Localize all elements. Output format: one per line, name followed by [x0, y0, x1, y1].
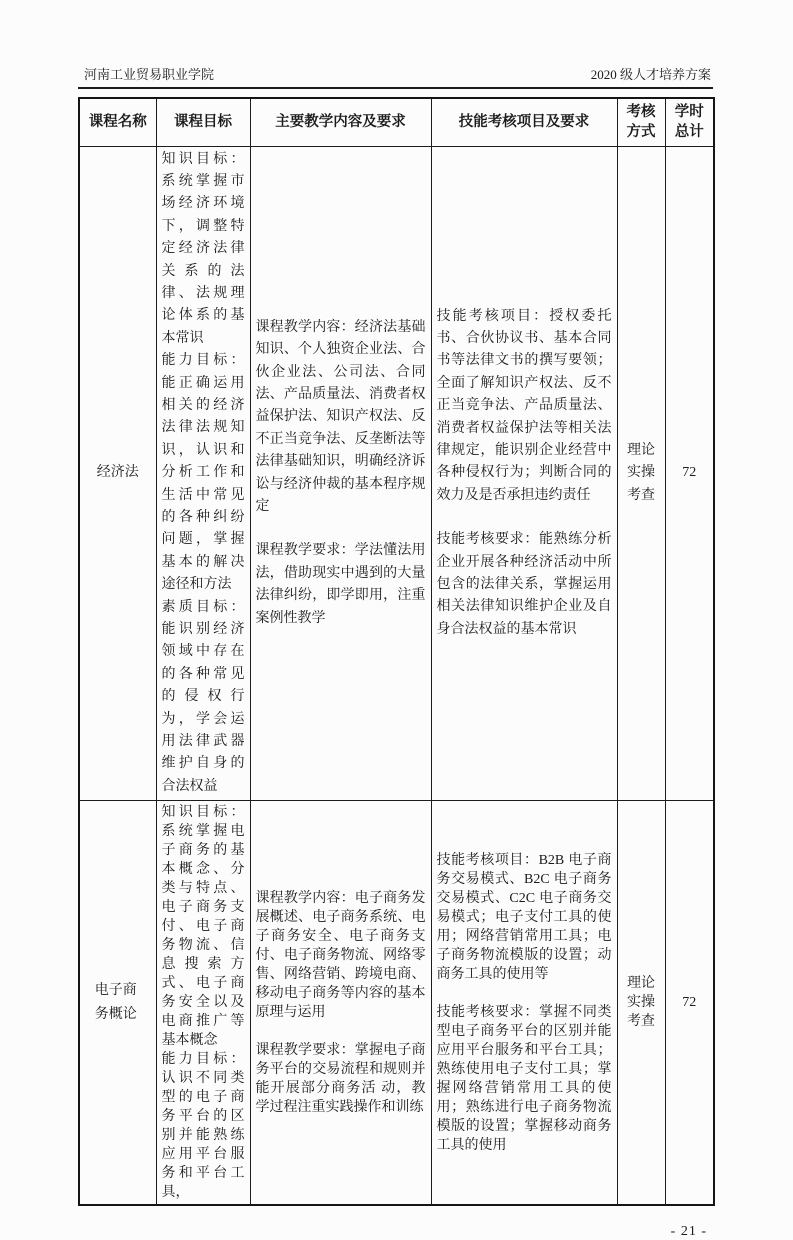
header-assessment-method: 考核 方式 [617, 98, 665, 146]
objectives-cell: 知识目标：系统掌握市场经济环境下，调整特定经济法律关系的法律、法规理论体系的基本… [156, 146, 250, 801]
page-header: 河南工业贸易职业学院 2020 级人才培养方案 [78, 64, 713, 89]
school-name: 河南工业贸易职业学院 [84, 64, 214, 83]
objective-paragraph: 能力目标：能正确运用相关的经济法律法规知识，认识和分析工作和生活中常见的各种纠纷… [162, 350, 245, 596]
program-title: 2020 级人才培养方案 [591, 64, 711, 83]
table-row: 经济法 知识目标：系统掌握市场经济环境下，调整特定经济法律关系的法律、法规理论体… [79, 146, 714, 801]
header-total-hours: 学时 总计 [665, 98, 714, 146]
course-table: 课程名称 课程目标 主要教学内容及要求 技能考核项目及要求 考核 方式 学时 总… [78, 97, 715, 1206]
objective-paragraph: 素质目标：能识别经济领域中存在的各种常见的侵权行为，学会运用法律武器维护自身的合… [162, 597, 245, 799]
skill-assessment-cell: 技能考核项目：授权委托书、合伙协议书、基本合同书等法律文书的撰写要领；全面了解知… [431, 146, 617, 801]
course-name: 经济法 [97, 461, 139, 485]
total-hours-cell: 72 [665, 146, 714, 801]
header-course-name: 课程名称 [79, 98, 156, 146]
table-row: 电子商务概论 知识目标：系统掌握电子商务的基本概念、分类与特点、电子商务支付、电… [79, 801, 714, 1206]
objective-paragraph: 知识目标：系统掌握市场经济环境下，调整特定经济法律关系的法律、法规理论体系的基本… [162, 149, 245, 351]
content-paragraph: 课程教学内容：电子商务发展概述、电子商务系统、电子商务安全、电子商务支付、电子商… [256, 889, 426, 1022]
table-header-row: 课程名称 课程目标 主要教学内容及要求 技能考核项目及要求 考核 方式 学时 总… [79, 98, 714, 146]
content-paragraph: 课程教学内容：经济法基础知识、个人独资企业法、合伙企业法、公司法、合同法、产品质… [256, 317, 426, 519]
objective-paragraph: 能力目标：认识不同类型的电子商务平台的区别并能熟练应用平台服务和平台工具， [162, 1050, 245, 1202]
assessment-method-cell: 理论 实操 考查 [617, 801, 665, 1206]
content-paragraph: 课程教学要求：掌握电子商务平台的交易流程和规则并能开展部分商务活 动，教学过程注… [256, 1041, 426, 1117]
header-course-objectives: 课程目标 [156, 98, 250, 146]
assessment-paragraph: 技能考核要求：能熟练分析企业开展各种经济活动中所包含的法律关系，掌握运用相关法律… [437, 529, 612, 641]
teaching-content-cell: 课程教学内容：电子商务发展概述、电子商务系统、电子商务安全、电子商务支付、电子商… [250, 801, 431, 1206]
assessment-method-cell: 理论 实操 考查 [617, 146, 665, 801]
teaching-content-cell: 课程教学内容：经济法基础知识、个人独资企业法、合伙企业法、公司法、合同法、产品质… [250, 146, 431, 801]
skill-assessment-cell: 技能考核项目：B2B 电子商务交易模式、B2C 电子商务交易模式、C2C 电子商… [431, 801, 617, 1206]
page-number: - 21 - [78, 1224, 713, 1240]
header-teaching-content: 主要教学内容及要求 [250, 98, 431, 146]
course-name: 电子商务概论 [95, 979, 141, 1027]
objectives-cell: 知识目标：系统掌握电子商务的基本概念、分类与特点、电子商务支付、电子商务物流、信… [156, 801, 250, 1206]
content-paragraph: 课程教学要求：学法懂法用法，借助现实中遇到的大量法律纠纷，即学即用，注重案例性教… [256, 540, 426, 630]
objective-paragraph: 知识目标：系统掌握电子商务的基本概念、分类与特点、电子商务支付、电子商务物流、信… [162, 803, 245, 1050]
assessment-paragraph: 技能考核项目：授权委托书、合伙协议书、基本合同书等法律文书的撰写要领；全面了解知… [437, 306, 612, 508]
course-name-cell: 电子商务概论 [79, 801, 156, 1206]
header-skill-assessment: 技能考核项目及要求 [431, 98, 617, 146]
page-content: 河南工业贸易职业学院 2020 级人才培养方案 课程名称 课程目标 主要教学内容… [78, 0, 713, 1240]
assessment-paragraph: 技能考核项目：B2B 电子商务交易模式、B2C 电子商务交易模式、C2C 电子商… [437, 851, 612, 984]
total-hours-cell: 72 [665, 801, 714, 1206]
assessment-paragraph: 技能考核要求：掌握不同类型电子商务平台的区别并能应用平台服务和平台工具；熟练使用… [437, 1003, 612, 1155]
course-name-cell: 经济法 [79, 146, 156, 801]
